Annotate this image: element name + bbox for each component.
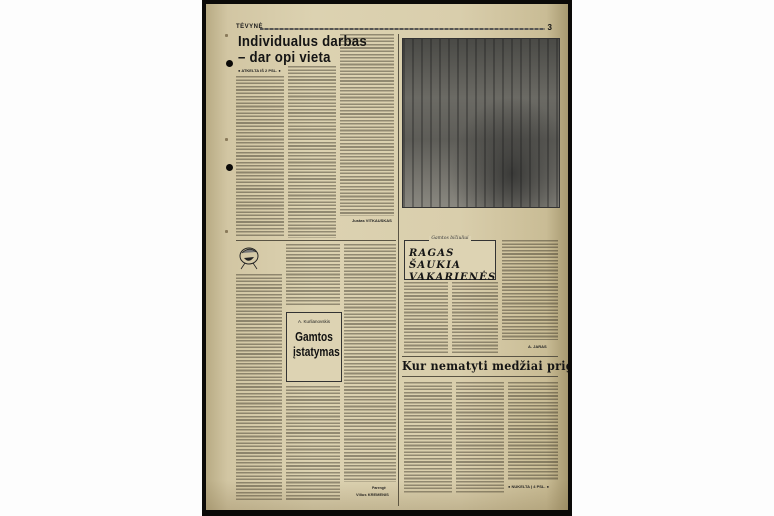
staple-mark bbox=[225, 138, 228, 141]
staple-mark bbox=[225, 34, 228, 37]
gamtos-article-box: A. Kurlianovskis Gamtos įstatymas bbox=[286, 312, 342, 382]
text-column bbox=[286, 244, 340, 306]
text-column bbox=[404, 382, 452, 494]
kur-headline: Kur nematyti medžiai prigyja bbox=[402, 359, 568, 373]
ragas-author: A. JARAS bbox=[528, 344, 547, 349]
gamtos-author: A. Kurlianovskis bbox=[287, 319, 341, 324]
text-column bbox=[456, 382, 504, 494]
ragas-headline-box: Gamtos bičiuliui RAGAS ŠAUKIA VAKARIENĖS bbox=[404, 240, 496, 280]
forest-moose-photo bbox=[402, 38, 560, 208]
header-rule bbox=[260, 28, 545, 30]
section-divider bbox=[236, 240, 396, 241]
text-column bbox=[340, 34, 394, 216]
gamtos-title-line2: įstatymas bbox=[293, 344, 335, 359]
main-dateline: ● ATKELTA IŠ 2 PSL. ● bbox=[238, 68, 281, 73]
punch-hole bbox=[226, 60, 233, 67]
text-column bbox=[344, 244, 396, 482]
text-column bbox=[508, 382, 558, 480]
column-rule bbox=[398, 34, 399, 506]
text-column bbox=[236, 274, 282, 500]
ragas-title-line1: RAGAS ŠAUKIA bbox=[409, 248, 496, 272]
laughing-face-cartoon-icon bbox=[236, 244, 262, 270]
gamtos-translator: Vilius KREMENIS bbox=[356, 492, 389, 497]
masthead: TĖVYNĖ bbox=[236, 24, 263, 30]
text-column bbox=[286, 386, 340, 500]
ragas-continued: ● NUKELTA Į 4 PSL. ● bbox=[508, 484, 549, 489]
page-number: 3 bbox=[548, 23, 552, 32]
newspaper-page: TĖVYNĖ 3 Individualus darbas – dar opi v… bbox=[206, 4, 568, 510]
text-column bbox=[288, 66, 336, 238]
ragas-kicker: Gamtos bičiuliui bbox=[429, 236, 470, 241]
section-divider bbox=[402, 356, 558, 357]
photo-signature: Justas VITKAUSKAS bbox=[352, 218, 392, 223]
text-column bbox=[404, 282, 448, 354]
staple-mark bbox=[225, 230, 228, 233]
text-column bbox=[502, 240, 558, 340]
text-column bbox=[452, 282, 498, 354]
gamtos-title-line1: Gamtos bbox=[293, 329, 335, 344]
punch-hole bbox=[226, 164, 233, 171]
section-divider bbox=[402, 376, 558, 377]
gamtos-translator-label: Parengė bbox=[372, 486, 386, 490]
text-column bbox=[236, 76, 284, 236]
ragas-title: RAGAS ŠAUKIA VAKARIENĖS bbox=[409, 248, 496, 284]
